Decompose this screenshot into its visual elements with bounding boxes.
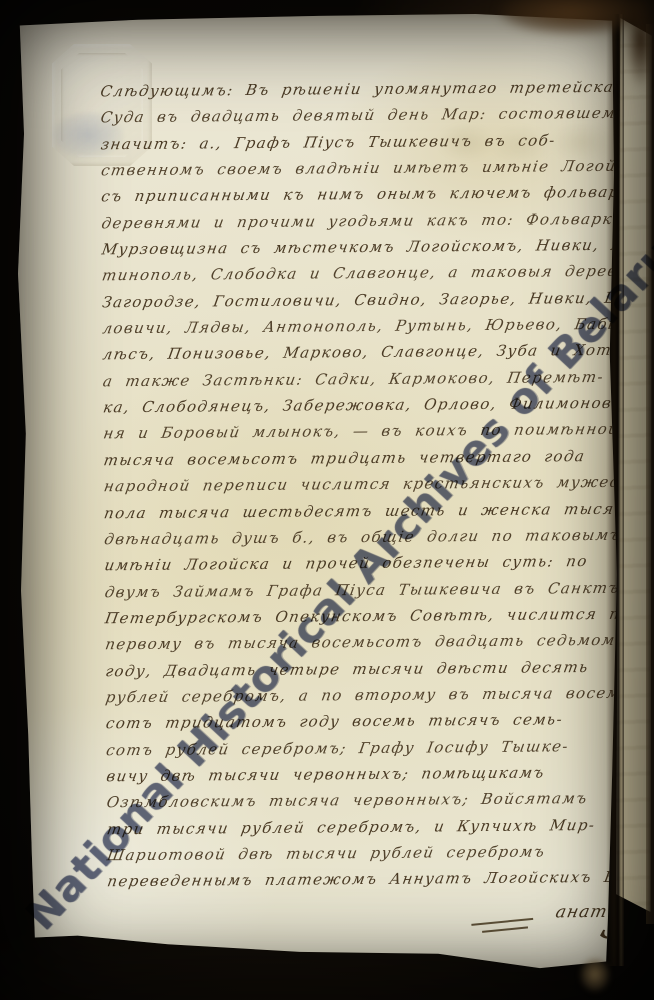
archival-photo-frame: Слѣдующимъ: Въ рѣшеніи упомянутаго трете… [0,0,654,1000]
stain-bottom-right [580,958,610,992]
manuscript-line: первому въ тысяча восемьсотъ двадцать се… [103,627,635,658]
page-gutter-crease [606,14,624,966]
manuscript-line: народной переписи числится крестьянскихъ… [102,469,634,500]
manuscript-line: Суда въ двадцать девятый день Мар: состо… [99,100,631,131]
closing-row: анатʒ [104,898,633,973]
manuscript-line: переведеннымъ платежомъ Аннуатъ Логойски… [105,864,637,895]
stain-corner [626,0,654,86]
double-rule-flourish [471,918,534,940]
book-fore-edge [646,24,654,924]
